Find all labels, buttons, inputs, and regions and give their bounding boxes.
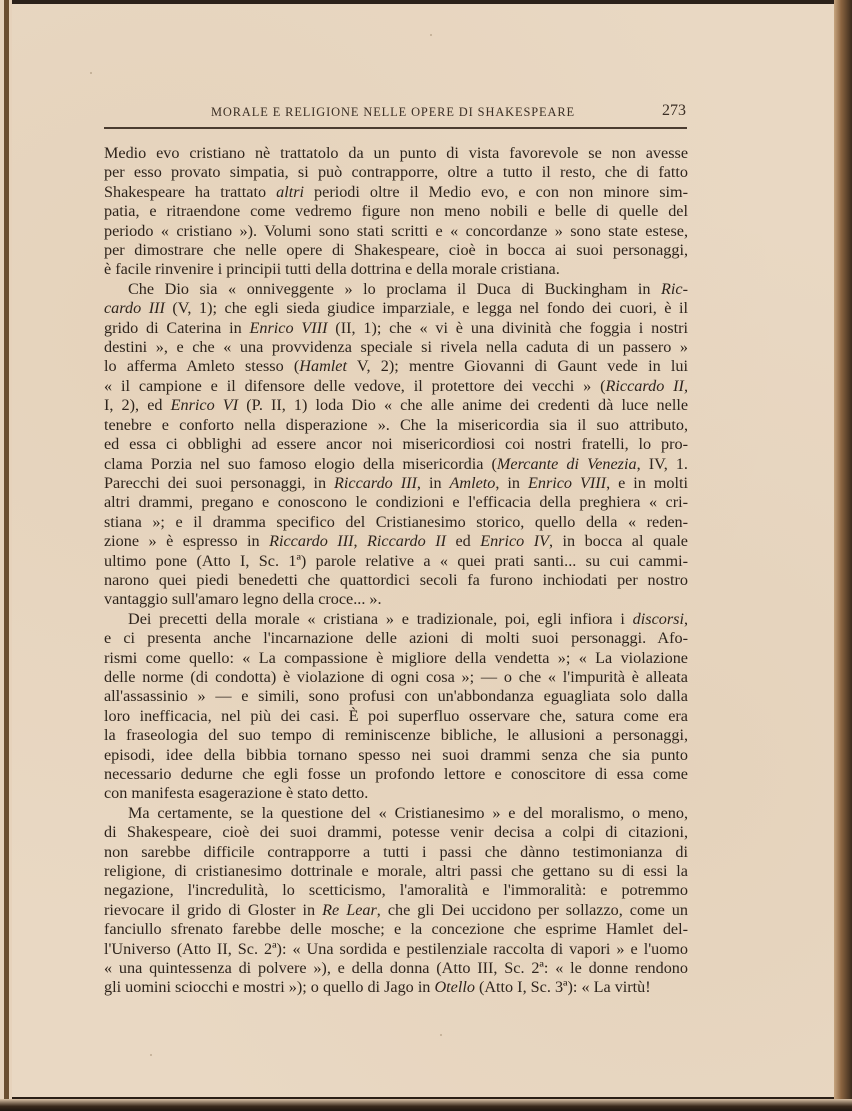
text-run: tenebre e conforto nella disperazione ».… (104, 416, 688, 434)
text-run: rievocare il grido di Gloster in (104, 901, 322, 919)
header-rule (104, 127, 687, 129)
text-run: gli uomini sciocchi e mostri »); o quell… (104, 978, 434, 996)
text-run: rismi come quello: « La compassione è mi… (104, 649, 688, 667)
text-run: , in (417, 474, 450, 492)
text-run: destini », e che « una provvidenza speci… (104, 338, 688, 356)
italic-title: Re Lear (322, 901, 377, 919)
text-run: (V, 1); che egli sieda giudice imparzial… (165, 299, 688, 317)
right-page-edge (834, 0, 852, 1111)
text-line: « il campione e il difensore delle vedov… (104, 377, 688, 396)
text-run: e ci presenta anche l'incarnazione delle… (104, 629, 688, 647)
text-line: e ci presenta anche l'incarnazione delle… (104, 629, 688, 648)
text-run: periodi oltre il Medio evo, e con non mi… (304, 183, 688, 201)
text-line: ultimo pone (Atto I, Sc. 1ª) parole rela… (104, 552, 688, 571)
italic-title: Riccardo II (367, 532, 446, 550)
text-run: Shakespeare ha trattato (104, 183, 276, 201)
paper-speck (430, 34, 432, 36)
text-line: vantaggio sull'amaro legno della croce..… (104, 590, 688, 609)
italic-title: Riccardo III (269, 532, 353, 550)
text-run: « il campione e il difensore delle vedov… (104, 377, 606, 395)
text-run: Ma certamente, se la questione del « Cri… (128, 804, 688, 822)
paper-speck (90, 72, 92, 74)
text-run: V, 2); mentre Giovanni di Gaunt vede in … (347, 357, 688, 375)
text-line: è facile rinvenire i principii tutti del… (104, 260, 688, 279)
text-line: all'assassinio » — e simili, sono profus… (104, 687, 688, 706)
text-run: episodi, idee della bibbia tornano spess… (104, 746, 688, 764)
text-run: (P. II, 1) loda Dio « che alle anime dei… (238, 396, 688, 414)
left-binding-edge (0, 0, 12, 1111)
italic-title: Riccardo III (334, 474, 417, 492)
text-run: loro inefficacia, nel più dei casi. È po… (104, 707, 688, 725)
text-run: (II, 1); che « vi è una divinità che fog… (327, 319, 688, 337)
body-text: Medio evo cristiano nè trattatolo da un … (104, 144, 688, 998)
italic-title: Enrico VI (171, 396, 238, 414)
text-run: vantaggio sull'amaro legno della croce..… (104, 590, 382, 608)
text-run: religione, di cristianesimo dottrinale e… (104, 862, 688, 880)
text-line: patia, e ritraendone come vedremo figure… (104, 202, 688, 221)
text-run: negazione, l'incredulità, lo scetticismo… (104, 881, 688, 899)
text-line: altri drammi, pregano e conoscono le con… (104, 493, 688, 512)
text-run: di Shakespeare, cioè dei suoi drammi, po… (104, 823, 688, 841)
text-line: rievocare il grido di Gloster in Re Lear… (104, 901, 688, 920)
paragraph: Dei precetti della morale « cristiana » … (104, 610, 688, 804)
text-run: la fraseologia del suo tempo di reminisc… (104, 726, 688, 744)
text-line: la fraseologia del suo tempo di reminisc… (104, 726, 688, 745)
text-run: per dimostrare che nelle opere di Shakes… (104, 241, 688, 259)
text-run: , (353, 532, 367, 550)
text-line: Dei precetti della morale « cristiana » … (104, 610, 688, 629)
text-run: ultimo pone (Atto I, Sc. 1ª) parole rela… (104, 552, 688, 570)
italic-title: Enrico VIII (528, 474, 606, 492)
text-run: I, 2), ed (104, 396, 171, 414)
text-run: con manifesta esagerazione è stato detto… (104, 784, 368, 802)
text-run: , IV, 1. (637, 455, 688, 473)
text-line: per dimostrare che nelle opere di Shakes… (104, 241, 688, 260)
text-run: all'assassinio » — e simili, sono profus… (104, 687, 688, 705)
text-line: I, 2), ed Enrico VI (P. II, 1) loda Dio … (104, 396, 688, 415)
text-run: altri drammi, pregano e conoscono le con… (104, 493, 688, 511)
text-run: Dei precetti della morale « cristiana » … (128, 610, 633, 628)
text-run: è facile rinvenire i principii tutti del… (104, 260, 560, 278)
paper-speck (440, 1034, 442, 1036)
text-line: di Shakespeare, cioè dei suoi drammi, po… (104, 823, 688, 842)
italic-title: Riccardo II, (606, 377, 688, 395)
italic-title: Ric- (661, 280, 688, 298)
text-run: , che gli Dei uccidono per sollazzo, com… (377, 901, 688, 919)
text-line: episodi, idee della bibbia tornano spess… (104, 746, 688, 765)
text-line: stiana »; e il dramma specifico del Cris… (104, 513, 688, 532)
text-line: l'Universo (Atto II, Sc. 2ª): « Una sord… (104, 940, 688, 959)
text-run: per esso provato simpatia, si può contra… (104, 163, 688, 181)
text-line: Shakespeare ha trattato altri periodi ol… (104, 183, 688, 202)
text-line: ed essa ci obblighi ad essere ancor noi … (104, 435, 688, 454)
text-line: Parecchi dei suoi personaggi, in Riccard… (104, 474, 688, 493)
text-line: con manifesta esagerazione è stato detto… (104, 784, 688, 803)
text-line: clama Porzia nel suo famoso elogio della… (104, 455, 688, 474)
text-line: loro inefficacia, nel più dei casi. È po… (104, 707, 688, 726)
text-run: patia, e ritraendone come vedremo figure… (104, 202, 688, 220)
text-line: cardo III (V, 1); che egli sieda giudice… (104, 299, 688, 318)
text-run: Medio evo cristiano nè trattatolo da un … (104, 144, 688, 162)
bottom-page-edge (0, 1099, 852, 1111)
text-line: gli uomini sciocchi e mostri »); o quell… (104, 978, 688, 997)
italic-title: Otello (434, 978, 474, 996)
text-run: delle norme (di condotta) è violazione d… (104, 668, 688, 686)
text-line: zione » è espresso in Riccardo III, Ricc… (104, 532, 688, 551)
text-line: Che Dio sia « onniveggente » lo proclama… (104, 280, 688, 299)
text-line: Medio evo cristiano nè trattatolo da un … (104, 144, 688, 163)
text-run: lo afferma Amleto stesso ( (104, 357, 299, 375)
text-line: negazione, l'incredulità, lo scetticismo… (104, 881, 688, 900)
paragraph: Ma certamente, se la questione del « Cri… (104, 804, 688, 998)
italic-title: Mercante di Venezia (497, 455, 637, 473)
italic-title: Enrico IV (480, 532, 549, 550)
paragraph: Medio evo cristiano nè trattatolo da un … (104, 144, 688, 280)
running-head: MORALE E RELIGIONE NELLE OPERE DI SHAKES… (99, 104, 686, 124)
paper-speck (150, 1054, 152, 1056)
italic-title: altri (276, 183, 304, 201)
text-line: « una quintessenza di polvere »), e dell… (104, 959, 688, 978)
text-line: fanciullo sfrenato farebbe delle mosche;… (104, 920, 688, 939)
text-run: Parecchi dei suoi personaggi, in (104, 474, 334, 492)
text-line: lo afferma Amleto stesso (Hamlet V, 2); … (104, 357, 688, 376)
text-line: tenebre e conforto nella disperazione ».… (104, 416, 688, 435)
text-line: rismi come quello: « La compassione è mi… (104, 649, 688, 668)
text-run: clama Porzia nel suo famoso elogio della… (104, 455, 497, 473)
text-run: necessario dedurne che egli fosse un pro… (104, 765, 688, 783)
paragraph: Che Dio sia « onniveggente » lo proclama… (104, 280, 688, 610)
text-line: grido di Caterina in Enrico VIII (II, 1)… (104, 319, 688, 338)
text-line: delle norme (di condotta) è violazione d… (104, 668, 688, 687)
text-line: non sarebbe difficile contrapporre a tut… (104, 843, 688, 862)
text-line: Ma certamente, se la questione del « Cri… (104, 804, 688, 823)
text-line: per esso provato simpatia, si può contra… (104, 163, 688, 182)
text-run: narono quei piedi benedetti che quattord… (104, 571, 688, 589)
text-run: grido di Caterina in (104, 319, 250, 337)
text-run: ed (446, 532, 480, 550)
running-head-title: MORALE E RELIGIONE NELLE OPERE DI SHAKES… (211, 105, 575, 120)
text-run: (Atto I, Sc. 3ª): « La virtù! (475, 978, 651, 996)
page-number: 273 (662, 102, 686, 120)
text-run: ed essa ci obblighi ad essere ancor noi … (104, 435, 688, 453)
text-line: necessario dedurne che egli fosse un pro… (104, 765, 688, 784)
text-run: non sarebbe difficile contrapporre a tut… (104, 843, 688, 861)
text-run: stiana »; e il dramma specifico del Cris… (104, 513, 688, 531)
italic-title: Amleto (450, 474, 496, 492)
text-run: , (684, 610, 688, 628)
text-line: periodo « cristiano »). Volumi sono stat… (104, 222, 688, 241)
text-line: religione, di cristianesimo dottrinale e… (104, 862, 688, 881)
text-run: l'Universo (Atto II, Sc. 2ª): « Una sord… (104, 940, 688, 958)
text-run: zione » è espresso in (104, 532, 269, 550)
text-line: destini », e che « una provvidenza speci… (104, 338, 688, 357)
binding-shadow-line (4, 0, 9, 1111)
scanned-page: MORALE E RELIGIONE NELLE OPERE DI SHAKES… (0, 0, 852, 1111)
text-run: fanciullo sfrenato farebbe delle mosche;… (104, 920, 688, 938)
text-run: , in bocca al quale (549, 532, 688, 550)
italic-title: discorsi (633, 610, 684, 628)
text-run: , e in molti (606, 474, 688, 492)
italic-title: cardo III (104, 299, 165, 317)
text-run: Che Dio sia « onniveggente » lo proclama… (128, 280, 661, 298)
text-run: « una quintessenza di polvere »), e dell… (104, 959, 688, 977)
text-run: , in (495, 474, 528, 492)
italic-title: Enrico VIII (250, 319, 328, 337)
text-run: periodo « cristiano »). Volumi sono stat… (104, 222, 688, 240)
text-line: narono quei piedi benedetti che quattord… (104, 571, 688, 590)
italic-title: Hamlet (299, 357, 347, 375)
